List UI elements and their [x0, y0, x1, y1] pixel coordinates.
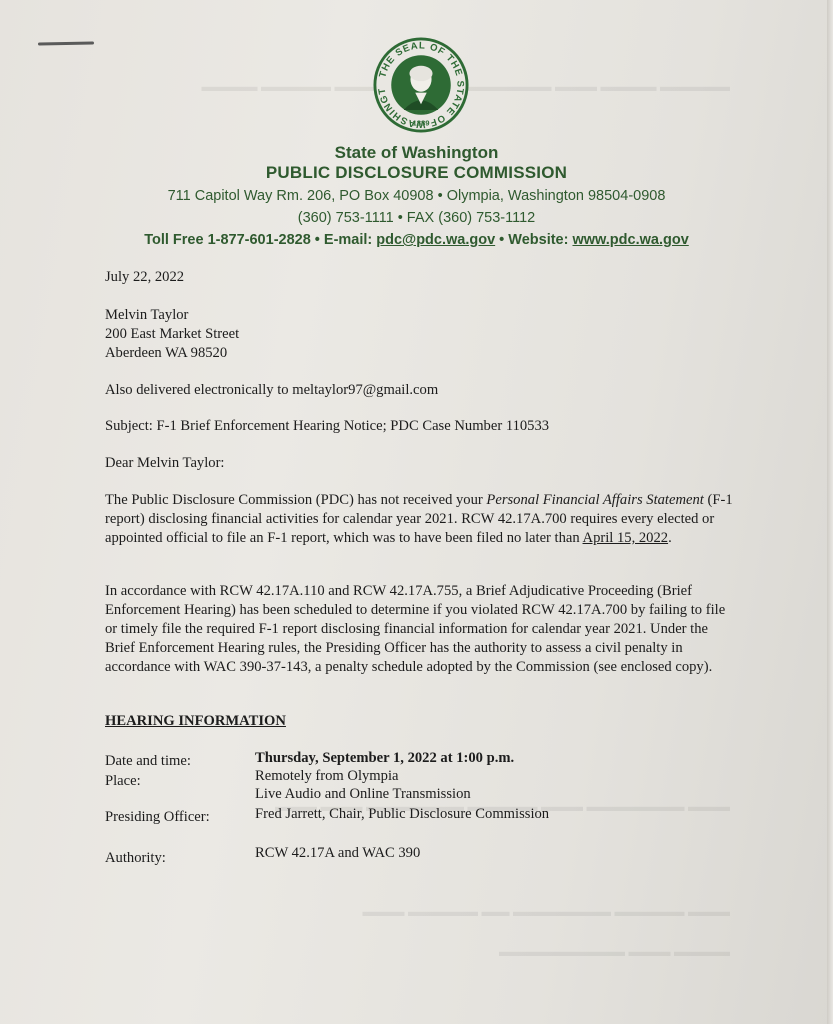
state-name: State of Washington [0, 143, 833, 163]
subject-line: Subject: F-1 Brief Enforcement Hearing N… [105, 417, 745, 436]
place-line-1: Remotely from Olympia [255, 767, 398, 786]
phone-fax: (360) 753-1111 • FAX (360) 753-1112 [0, 207, 833, 229]
recipient-city: Aberdeen WA 98520 [105, 344, 745, 363]
delivery-note: Also delivered electronically to meltayl… [105, 381, 745, 400]
office-address: 711 Capitol Way Rm. 206, PO Box 40908 • … [0, 185, 833, 207]
date-value: Thursday, September 1, 2022 at 1:00 p.m. [255, 749, 514, 768]
bleed-through-text: ▬▬▬▬ ▬▬▬ ▬▬▬▬▬▬▬▬▬ [110, 945, 730, 961]
toll-free-label: Toll Free 1-877-601-2828 • E-mail: [144, 232, 376, 248]
officer-label: Presiding Officer: [105, 808, 210, 827]
paragraph-notice: The Public Disclosure Commission (PDC) h… [105, 491, 741, 548]
place-label: Place: [105, 772, 141, 791]
report-title: Personal Financial Affairs Statement [486, 492, 703, 508]
authority-value: RCW 42.17A and WAC 390 [255, 844, 420, 863]
recipient-street: 200 East Market Street [105, 325, 745, 344]
place-line-2: Live Audio and Online Transmission [255, 785, 471, 804]
staple-mark [38, 42, 94, 46]
hearing-info-heading: HEARING INFORMATION [105, 713, 286, 729]
paragraph-hearing-scheduled: In accordance with RCW 42.17A.110 and RC… [105, 582, 735, 677]
letter-date: July 22, 2022 [105, 268, 745, 287]
washington-state-seal-icon: THE SEAL OF THE STATE OF WASHINGTON 1889 [373, 37, 469, 133]
date-label: Date and time: [105, 752, 191, 771]
filing-deadline: April 15, 2022 [583, 530, 669, 546]
officer-value: Fred Jarrett, Chair, Public Disclosure C… [255, 805, 549, 824]
website-label: • Website: [495, 232, 572, 248]
salutation: Dear Melvin Taylor: [105, 454, 745, 473]
contact-line: Toll Free 1-877-601-2828 • E-mail: pdc@p… [0, 229, 833, 251]
recipient-address: Melvin Taylor 200 East Market Street Abe… [105, 306, 745, 363]
letterhead: State of Washington PUBLIC DISCLOSURE CO… [0, 143, 833, 251]
website-link[interactable]: www.pdc.wa.gov [572, 232, 688, 248]
recipient-name: Melvin Taylor [105, 306, 745, 325]
organization-name: PUBLIC DISCLOSURE COMMISSION [0, 163, 833, 183]
email-link[interactable]: pdc@pdc.wa.gov [376, 232, 495, 248]
bleed-through-text: ▬▬▬ ▬▬▬▬▬ ▬▬▬▬▬▬▬ ▬▬ ▬▬▬▬▬ ▬▬▬ [110, 905, 730, 921]
authority-label: Authority: [105, 849, 166, 868]
svg-text:1889: 1889 [412, 118, 429, 127]
